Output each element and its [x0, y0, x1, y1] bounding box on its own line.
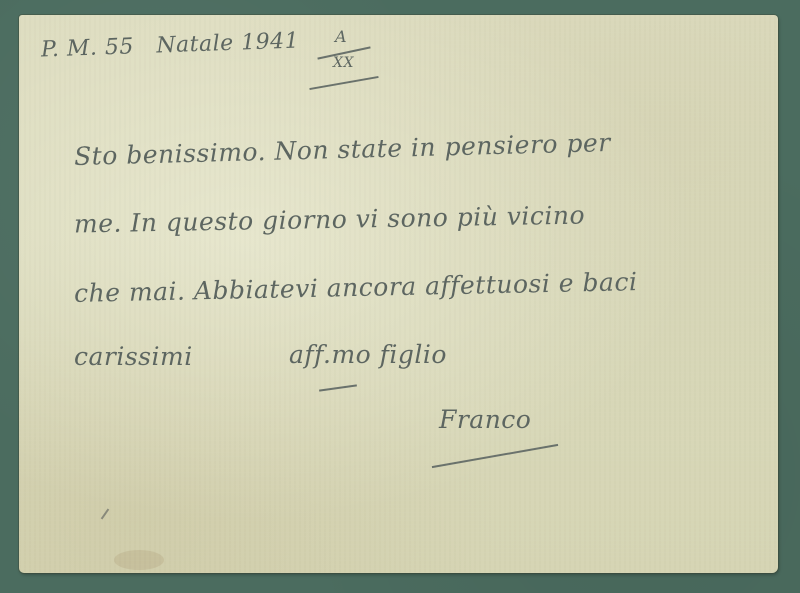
fraction-underline	[309, 76, 378, 90]
signature-underline	[432, 444, 558, 468]
message-line: me. In questo giorno vi sono più vicino	[74, 201, 585, 239]
date: Natale 1941	[156, 29, 300, 59]
postcard: P. M. 55 Natale 1941 A XX Sto benissimo.…	[19, 15, 778, 573]
era-numerator: A	[335, 27, 347, 46]
fascist-era-year: A XX	[309, 27, 379, 87]
header-line: P. M. 55 Natale 1941	[41, 29, 300, 63]
pencil-mark	[101, 509, 110, 520]
postal-reference: P. M. 55	[41, 34, 135, 62]
message-line: Sto benissimo. Non state in pensiero per	[74, 128, 611, 171]
message-line: che mai. Abbiatevi ancora affettuosi e b…	[74, 267, 638, 308]
message-line: carissimi	[74, 342, 193, 371]
era-denominator: XX	[333, 55, 354, 71]
paper-stain	[114, 550, 164, 570]
signature: Franco	[439, 405, 531, 434]
closing: aff.mo figlio	[289, 340, 447, 369]
closing-underline	[319, 384, 357, 391]
